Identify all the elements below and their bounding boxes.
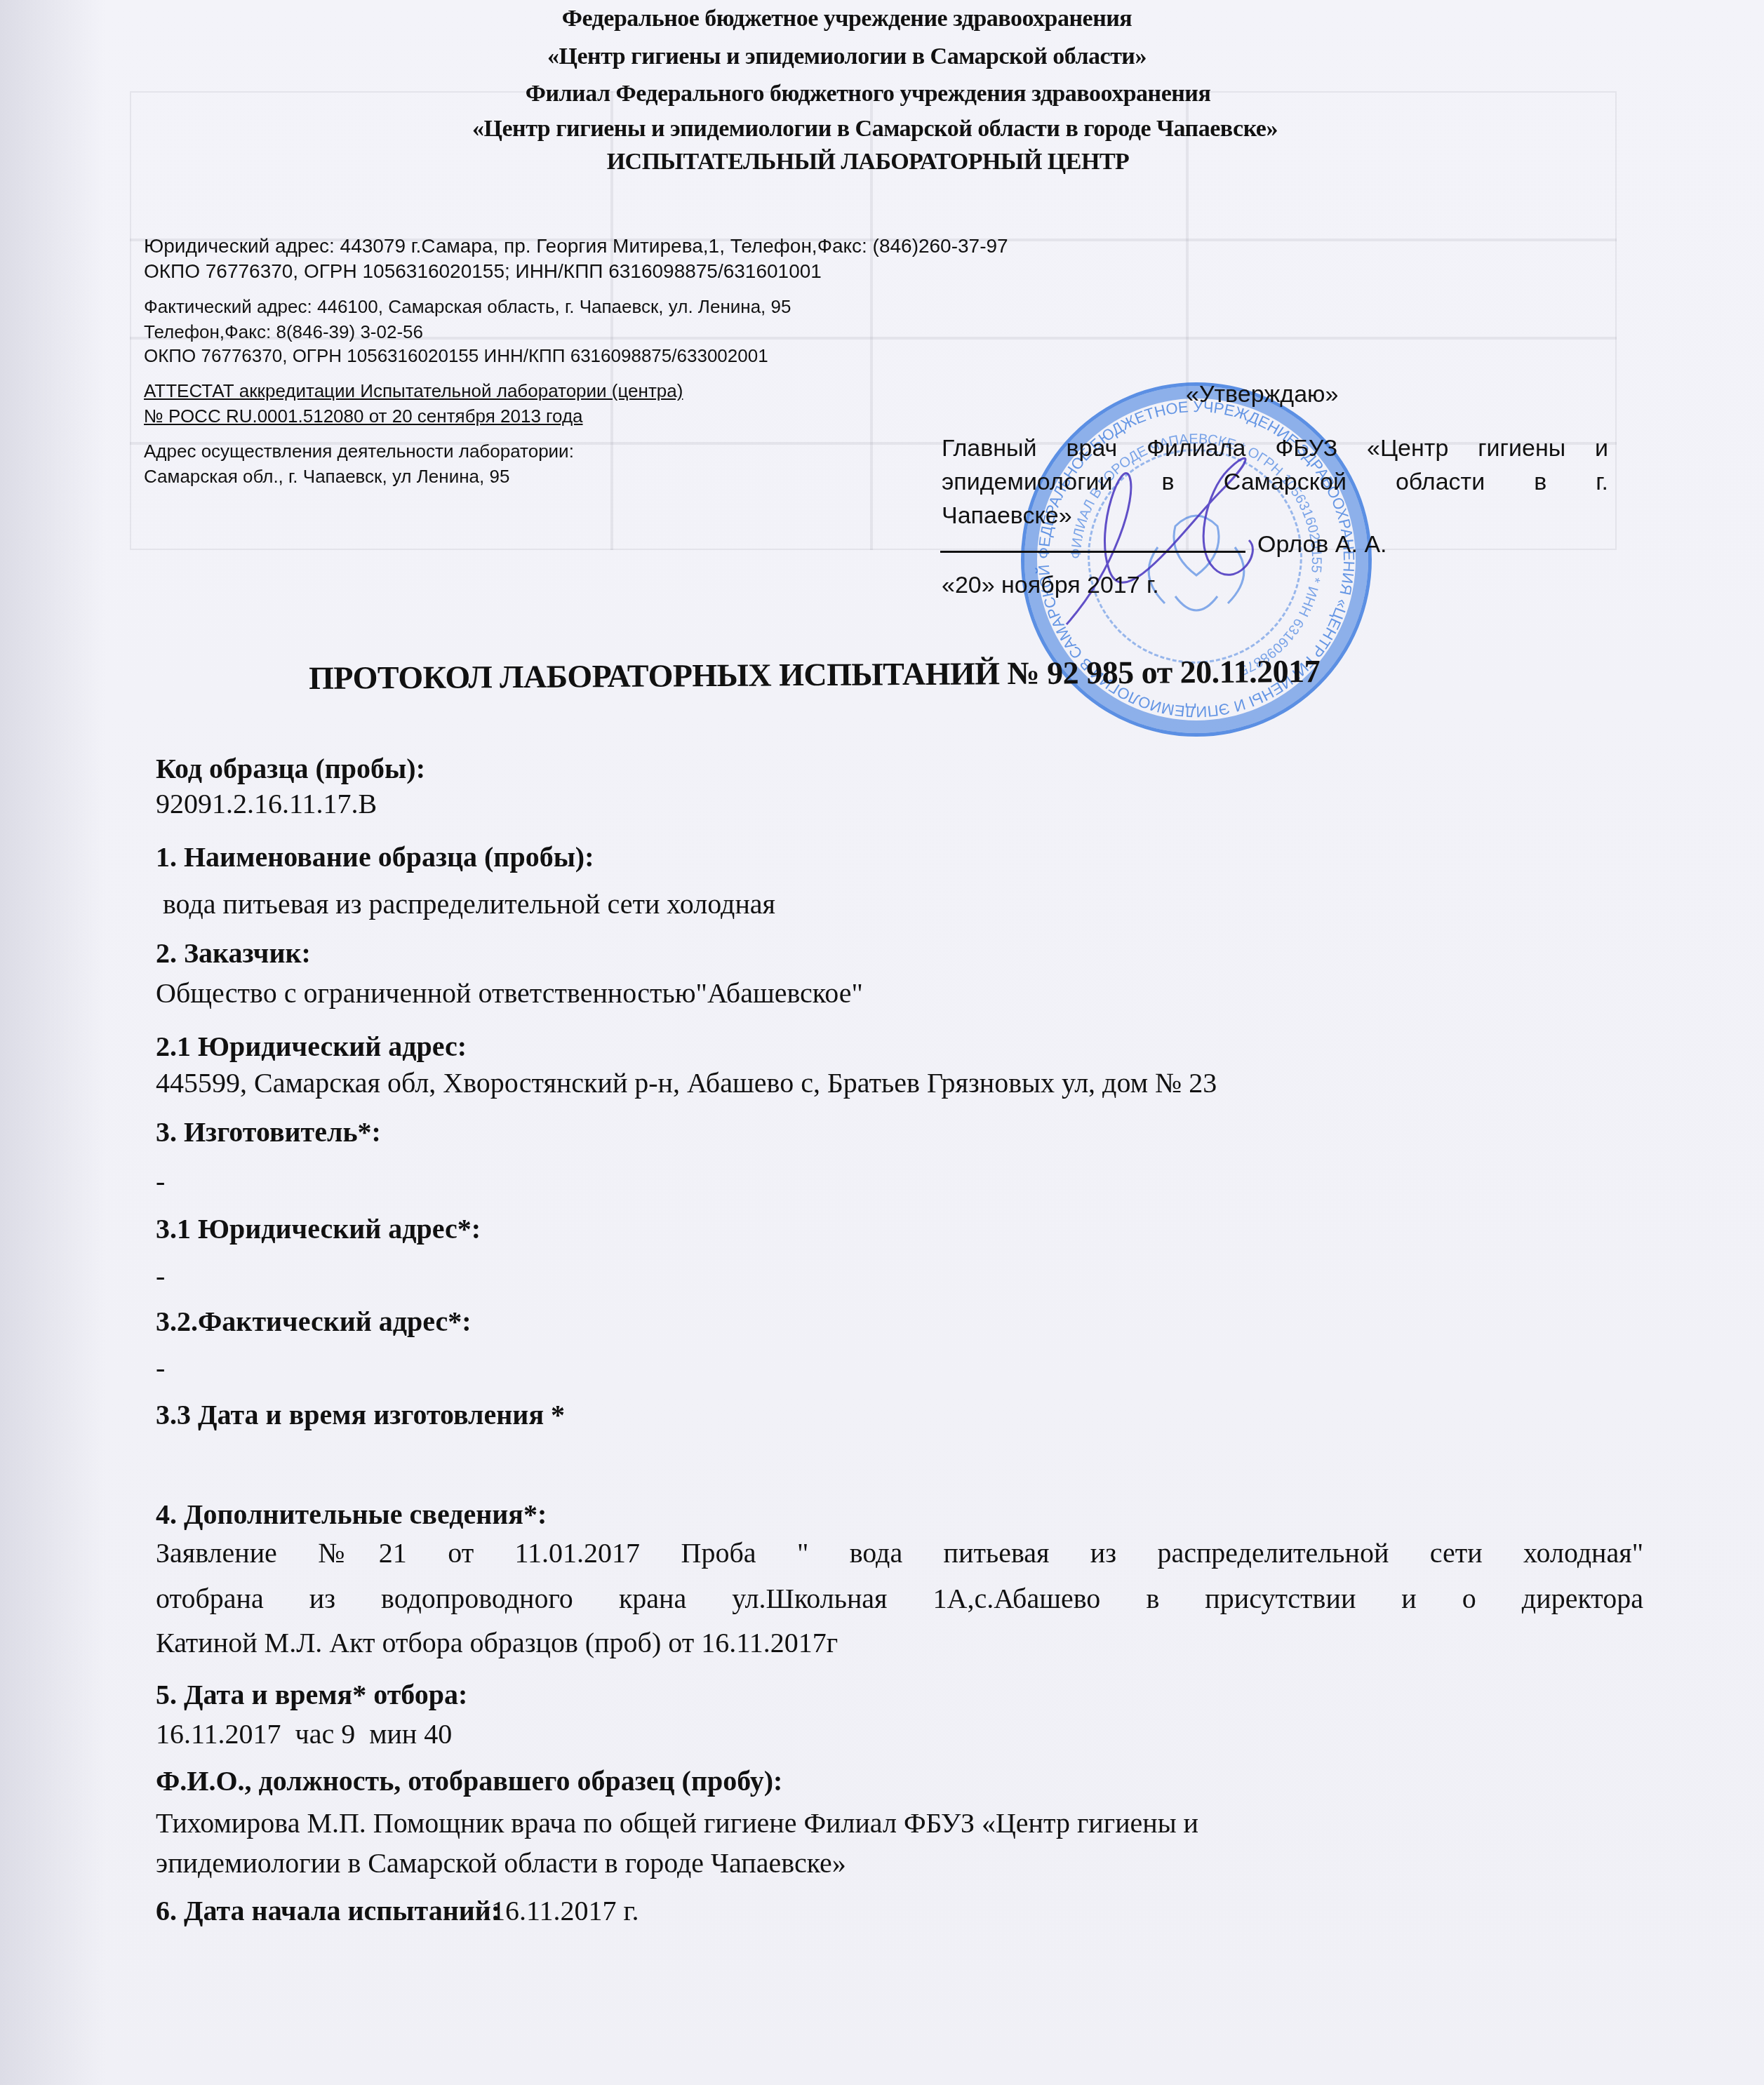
lab-address: Самарская обл., г. Чапаевск, ул Ленина, …	[144, 464, 509, 489]
approver-position-line-3: Чапаевске»	[942, 502, 1072, 530]
org-name-line-1: Федеральное бюджетное учреждение здравоо…	[0, 6, 1729, 32]
signature-line	[940, 551, 1245, 553]
actual-codes: ОКПО 76776370, ОГРН 1056316020155 ИНН/КП…	[144, 343, 768, 368]
approver-position-line-2: эпидемиологии в Самарской области в г.	[942, 469, 1608, 496]
branch-name-line-2: «Центр гигиены и эпидемиологии в Самарск…	[0, 116, 1757, 142]
customer-legal-address-value: 445599, Самарская обл, Хворостянский р-н…	[156, 1066, 1217, 1099]
word: в	[1162, 469, 1175, 496]
additional-info-line-1: Заявление №21 от 11.01.2017 Проба " вода…	[156, 1536, 1643, 1569]
sampler-line-1: Тихомирова М.П. Помощник врача по общей …	[156, 1806, 1198, 1839]
actual-address: Фактический адрес: 446100, Самарская обл…	[144, 294, 791, 319]
sample-code-value: 92091.2.16.11.17.В	[156, 787, 377, 820]
document-title: ПРОТОКОЛ ЛАБОРАТОРНЫХ ИСПЫТАНИЙ № 92 985…	[309, 652, 1321, 697]
customer-label: 2. Заказчик:	[156, 937, 311, 970]
sampling-datetime-value: 16.11.2017 час 9 мин 40	[156, 1717, 452, 1750]
manufacturer-value: -	[156, 1165, 165, 1198]
manufacturer-label: 3. Изготовитель*:	[156, 1115, 381, 1148]
sample-code-label: Код образца (пробы):	[156, 752, 425, 785]
signer-name: Орлов А. А.	[1257, 531, 1387, 558]
customer-value: Общество с ограниченной ответственностью…	[156, 977, 863, 1010]
word: эпидемиологии	[942, 469, 1113, 496]
manufacturer-legal-address-label: 3.1 Юридический адрес*:	[156, 1212, 481, 1245]
sample-name-value: вода питьевая из распределительной сети …	[163, 887, 775, 920]
accreditation-line-2: № РОСС RU.0001.512080 от 20 сентября 201…	[144, 403, 583, 429]
sampler-label: Ф.И.О., должность, отобравшего образец (…	[156, 1764, 782, 1797]
accreditation-line-1: АТТЕСТАТ аккредитации Испытательной лабо…	[144, 378, 683, 403]
lab-center-name: ИСПЫТАТЕЛЬНЫЙ ЛАБОРАТОРНЫЙ ЦЕНТР	[0, 149, 1750, 175]
sampler-line-2: эпидемиологии в Самарской области в горо…	[156, 1846, 846, 1879]
sampling-datetime-label: 5. Дата и время* отбора:	[156, 1678, 467, 1711]
org-name-line-2: «Центр гигиены и эпидемиологии в Самарск…	[0, 43, 1729, 70]
legal-address: Юридический адрес: 443079 г.Самара, пр. …	[144, 234, 1008, 259]
word: Самарской	[1224, 469, 1347, 496]
approval-date: «20» ноября 2017 г.	[942, 572, 1159, 599]
lab-address-label: Адрес осуществления деятельности лаборат…	[144, 438, 574, 464]
manufacture-date-label: 3.3 Дата и время изготовления *	[156, 1398, 565, 1431]
scanned-page: Федеральное бюджетное учреждение здравоо…	[0, 0, 1764, 2085]
scan-edge-shadow	[0, 0, 105, 2085]
approver-position-line-1: Главный врач Филиала ФБУЗ «Центр гигиены…	[942, 435, 1608, 462]
approval-heading: «Утверждаю»	[1186, 381, 1338, 408]
manufacturer-legal-address-value: -	[156, 1259, 165, 1292]
additional-info-line-3: Катиной М.Л. Акт отбора образцов (проб) …	[156, 1626, 838, 1659]
customer-legal-address-label: 2.1 Юридический адрес:	[156, 1030, 467, 1063]
additional-info-label: 4. Дополнительные сведения*:	[156, 1498, 547, 1531]
legal-codes: ОКПО 76776370, ОГРН 1056316020155; ИНН/К…	[144, 259, 822, 284]
phone-fax: Телефон,Факс: 8(846-39) 3-02-56	[144, 319, 423, 344]
branch-name-line-1: Филиал Федерального бюджетного учреждени…	[0, 81, 1750, 107]
word: области	[1396, 469, 1485, 496]
test-start-label: 6. Дата начала испытаний:	[156, 1894, 500, 1927]
manufacturer-actual-address-label: 3.2.Фактический адрес*:	[156, 1305, 472, 1338]
test-start-value: 16.11.2017 г.	[491, 1894, 639, 1927]
word: в	[1534, 469, 1546, 496]
additional-info-line-2: отобрана из водопроводного крана ул.Школ…	[156, 1582, 1643, 1615]
manufacturer-actual-address-value: -	[156, 1351, 165, 1384]
word: г.	[1596, 469, 1608, 496]
sample-name-label: 1. Наименование образца (пробы):	[156, 840, 594, 873]
